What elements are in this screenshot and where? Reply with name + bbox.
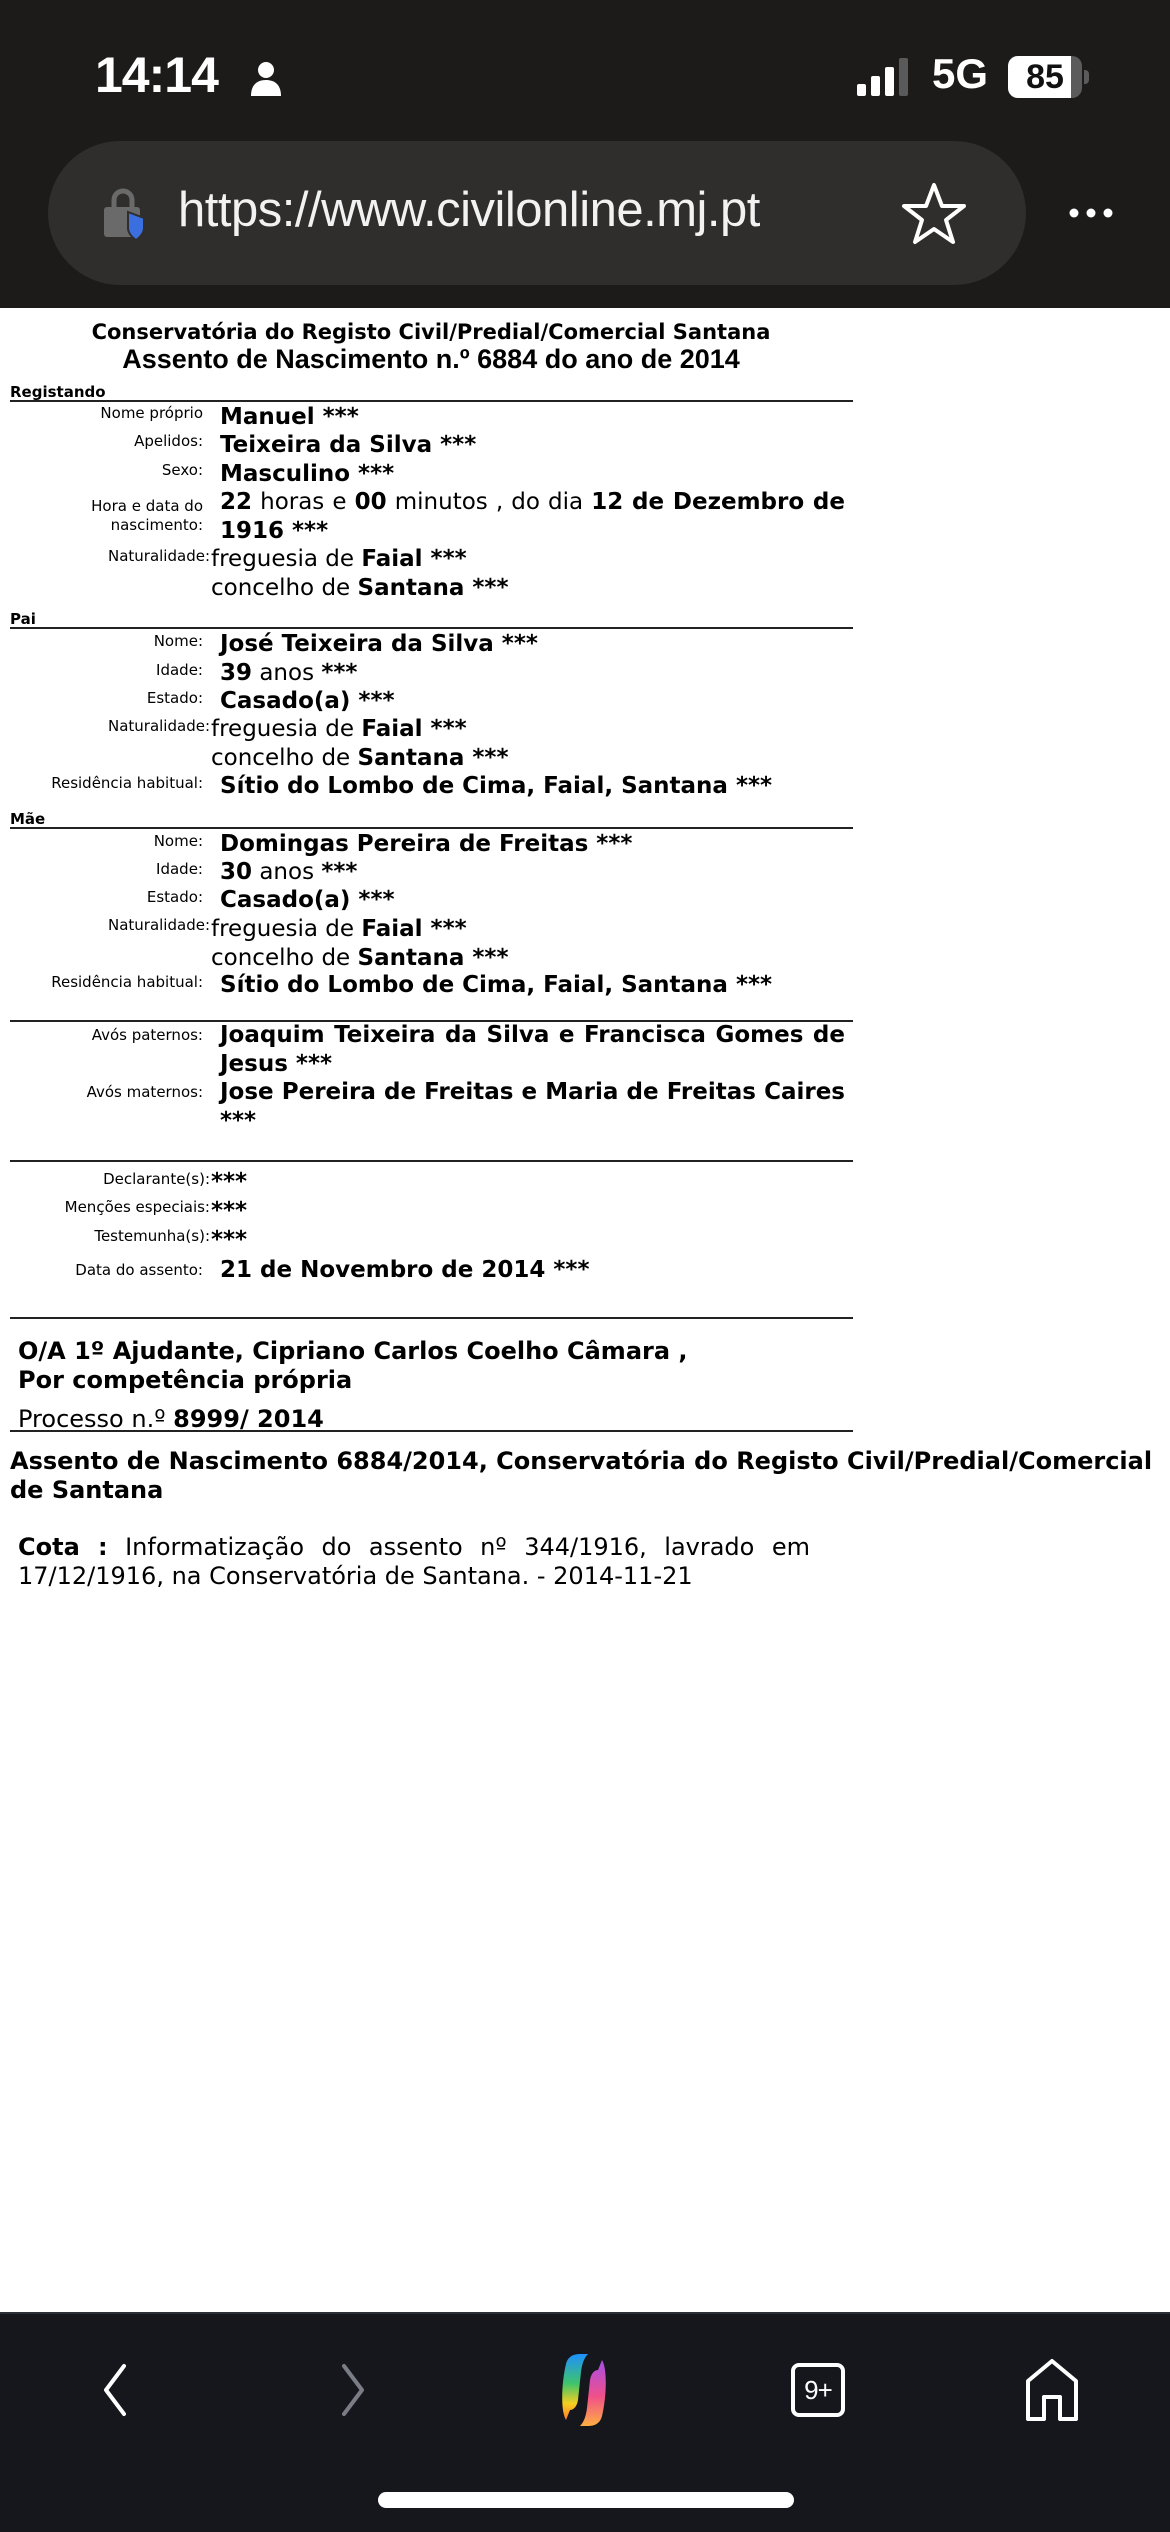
label-special-mentions: Menções especiais: [65,1198,210,1217]
chevron-right-icon [332,2360,372,2420]
value-witnesses: *** [211,1226,247,1255]
label-sex: Sexo: [162,461,203,480]
cellular-signal-icon [855,58,915,96]
section-divider [10,1317,853,1319]
value-birth-datetime: 22 horas e 00 minutos , do dia 12 de Dez… [220,488,845,546]
signer-line: O/A 1º Ajudante, Cipriano Carlos Coelho … [18,1337,718,1395]
record-reference: Assento de Nascimento 6884/2014, Conserv… [10,1447,1170,1505]
section-divider [10,827,853,829]
network-type: 5G [932,50,988,98]
section-divider [10,1160,853,1162]
section-heading-registrant: Registando [10,383,106,401]
value-mother-status: Casado(a) *** [220,886,395,915]
forward-button[interactable] [312,2350,392,2430]
label-mother-residence: Residência habitual: [51,973,203,992]
label-paternal-grandparents: Avós paternos: [92,1026,203,1045]
value-mother-age: 30 anos *** [220,858,357,887]
value-sex: Masculino *** [220,460,394,489]
label-witnesses: Testemunha(s): [94,1227,210,1246]
battery-level: 85 [1008,56,1082,98]
section-divider [10,400,853,402]
value-given-name: Manuel *** [220,403,359,432]
value-origin-council: concelho de Santana *** [211,574,508,603]
label-father-age: Idade: [156,661,203,680]
value-father-residence: Sítio do Lombo de Cima, Faial, Santana *… [220,772,772,801]
value-mother-name: Domingas Pereira de Freitas *** [220,830,632,859]
section-heading-mother: Mãe [10,810,45,828]
url-text[interactable]: https://www.civilonline.mj.pt [178,182,760,238]
person-icon [248,60,284,96]
status-time: 14:14 [95,46,218,104]
label-father-status: Estado: [147,689,203,708]
value-father-age: 39 anos *** [220,659,357,688]
section-divider [10,627,853,629]
registry-office-name: Conservatória do Registo Civil/Predial/C… [0,320,862,344]
label-mother-origin: Naturalidade: [108,916,210,935]
label-given-name: Nome próprio [100,404,203,423]
label-record-date: Data do assento: [75,1261,203,1280]
tabs-button[interactable]: 9+ [778,2350,858,2430]
copilot-icon [544,2350,624,2430]
label-origin: Naturalidade: [108,547,210,566]
label-birth-datetime-1: Hora e data do [91,497,203,516]
battery-icon: 85 [1008,56,1088,98]
value-origin-parish: freguesia de Faial *** [211,545,467,574]
value-special-mentions: *** [211,1197,247,1226]
lock-shield-icon[interactable] [100,188,150,242]
value-surnames: Teixeira da Silva *** [220,431,476,460]
value-record-date: 21 de Novembro de 2014 *** [220,1256,589,1285]
record-title: Assento de Nascimento n.º 6884 do ano de… [0,344,862,375]
value-father-status: Casado(a) *** [220,687,395,716]
home-button[interactable] [1012,2350,1092,2430]
label-surnames: Apelidos: [134,432,203,451]
home-indicator[interactable] [378,2492,794,2508]
home-icon [1022,2357,1082,2423]
bookmark-star-icon[interactable] [900,180,968,248]
value-mother-residence: Sítio do Lombo de Cima, Faial, Santana *… [220,971,772,1000]
label-maternal-grandparents: Avós maternos: [87,1083,203,1102]
label-birth-datetime-2: nascimento: [111,516,203,535]
label-father-name: Nome: [154,632,203,651]
copilot-button[interactable] [544,2350,624,2430]
tabs-count: 9+ [778,2350,858,2430]
label-declarants: Declarante(s): [103,1170,210,1189]
value-father-name: José Teixeira da Silva *** [220,630,538,659]
section-divider [10,1430,853,1432]
label-mother-name: Nome: [154,832,203,851]
label-father-origin: Naturalidade: [108,717,210,736]
chevron-left-icon [96,2360,136,2420]
label-mother-age: Idade: [156,860,203,879]
more-horizontal-icon[interactable] [1066,198,1116,228]
record-note: Cota : Informatização do assento nº 344/… [18,1533,810,1591]
value-maternal-grandparents: Jose Pereira de Freitas e Maria de Freit… [220,1078,845,1136]
section-heading-father: Pai [10,610,36,628]
value-father-origin-parish: freguesia de Faial *** [211,715,467,744]
label-father-residence: Residência habitual: [51,774,203,793]
value-mother-origin-council: concelho de Santana *** [211,944,508,973]
value-father-origin-council: concelho de Santana *** [211,744,508,773]
label-mother-status: Estado: [147,888,203,907]
back-button[interactable] [76,2350,156,2430]
value-declarants: *** [211,1168,247,1197]
value-mother-origin-parish: freguesia de Faial *** [211,915,467,944]
value-paternal-grandparents: Joaquim Teixeira da Silva e Francisca Go… [220,1021,845,1079]
